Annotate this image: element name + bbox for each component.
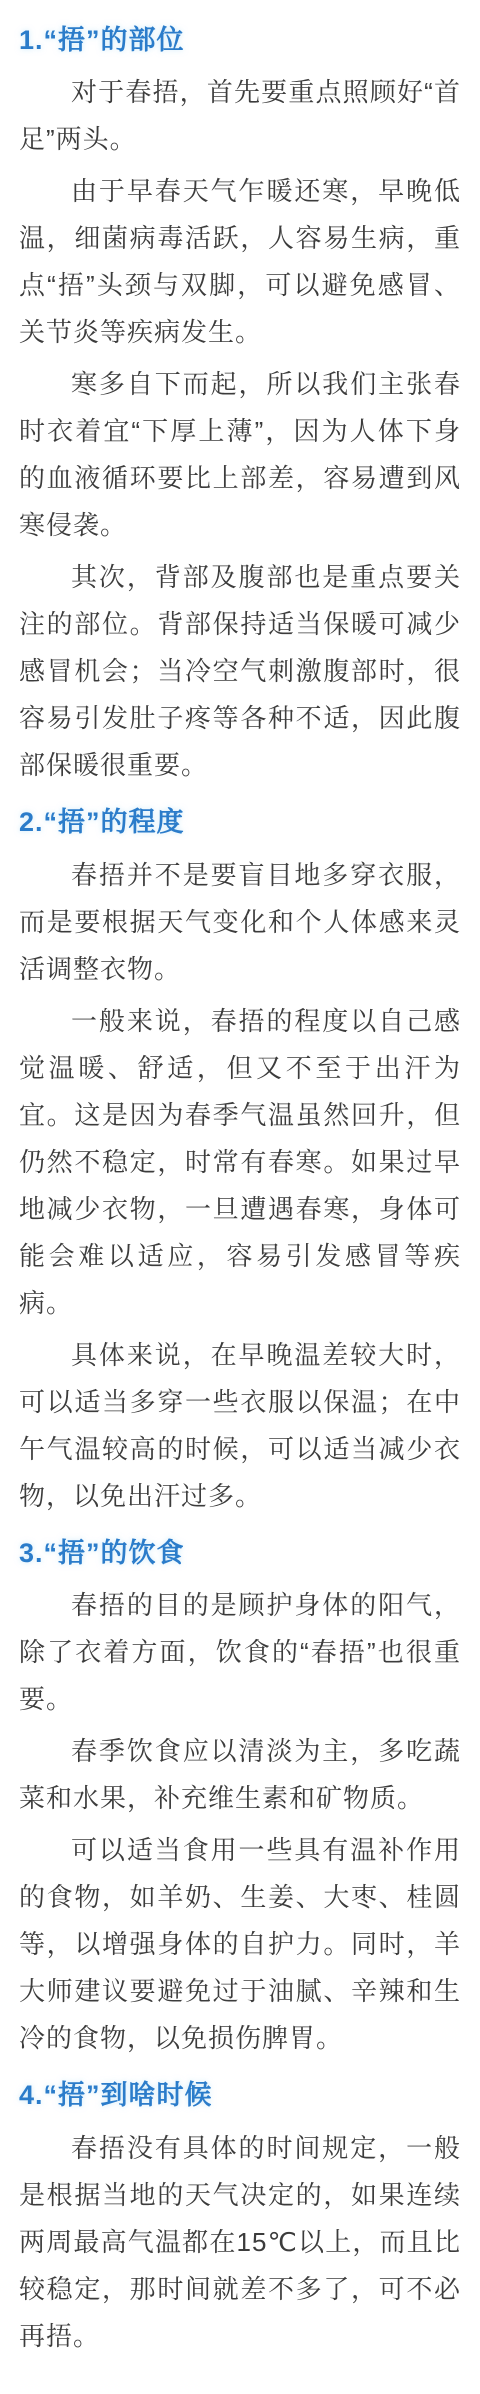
paragraph: 春捂的目的是顾护身体的阳气，除了衣着方面，饮食的“春捂”也很重要。 <box>19 1582 461 1723</box>
article-page: 1.“捂”的部位 对于春捂，首先要重点照顾好“首足”两头。 由于早春天气乍暖还寒… <box>0 0 480 2394</box>
section-heading: 1.“捂”的部位 <box>19 22 461 58</box>
paragraph: 其次，背部及腹部也是重点要关注的部位。背部保持适当保暖可减少感冒机会；当冷空气刺… <box>19 554 461 789</box>
paragraph: 一般来说，春捂的程度以自己感觉温暖、舒适，但又不至于出汗为宜。这是因为春季气温虽… <box>19 998 461 1327</box>
section-heading: 4.“捂”到啥时候 <box>19 2077 461 2113</box>
paragraph: 春捂并不是要盲目地多穿衣服，而是要根据天气变化和个人体感来灵活调整衣物。 <box>19 852 461 993</box>
section-wu-until-when: 4.“捂”到啥时候 春捂没有具体的时间规定，一般是根据当地的天气决定的，如果连续… <box>19 2077 461 2359</box>
section-heading: 2.“捂”的程度 <box>19 804 461 840</box>
paragraph: 可以适当食用一些具有温补作用的食物，如羊奶、生姜、大枣、桂圆等，以增强身体的自护… <box>19 1827 461 2062</box>
paragraph: 春捂没有具体的时间规定，一般是根据当地的天气决定的，如果连续两周最高气温都在15… <box>19 2125 461 2360</box>
section-wu-degree: 2.“捂”的程度 春捂并不是要盲目地多穿衣服，而是要根据天气变化和个人体感来灵活… <box>19 804 461 1519</box>
section-wu-body-parts: 1.“捂”的部位 对于春捂，首先要重点照顾好“首足”两头。 由于早春天气乍暖还寒… <box>19 22 461 789</box>
paragraph: 对于春捂，首先要重点照顾好“首足”两头。 <box>19 69 461 163</box>
paragraph: 具体来说，在早晚温差较大时，可以适当多穿一些衣服以保温；在中午气温较高的时候，可… <box>19 1332 461 1520</box>
paragraph: 春季饮食应以清淡为主，多吃蔬菜和水果，补充维生素和矿物质。 <box>19 1728 461 1822</box>
section-heading: 3.“捂”的饮食 <box>19 1535 461 1571</box>
section-wu-diet: 3.“捂”的饮食 春捂的目的是顾护身体的阳气，除了衣着方面，饮食的“春捂”也很重… <box>19 1535 461 2062</box>
paragraph: 寒多自下而起，所以我们主张春时衣着宜“下厚上薄”，因为人体下身的血液循环要比上部… <box>19 361 461 549</box>
paragraph: 由于早春天气乍暖还寒，早晚低温，细菌病毒活跃，人容易生病，重点“捂”头颈与双脚，… <box>19 168 461 356</box>
